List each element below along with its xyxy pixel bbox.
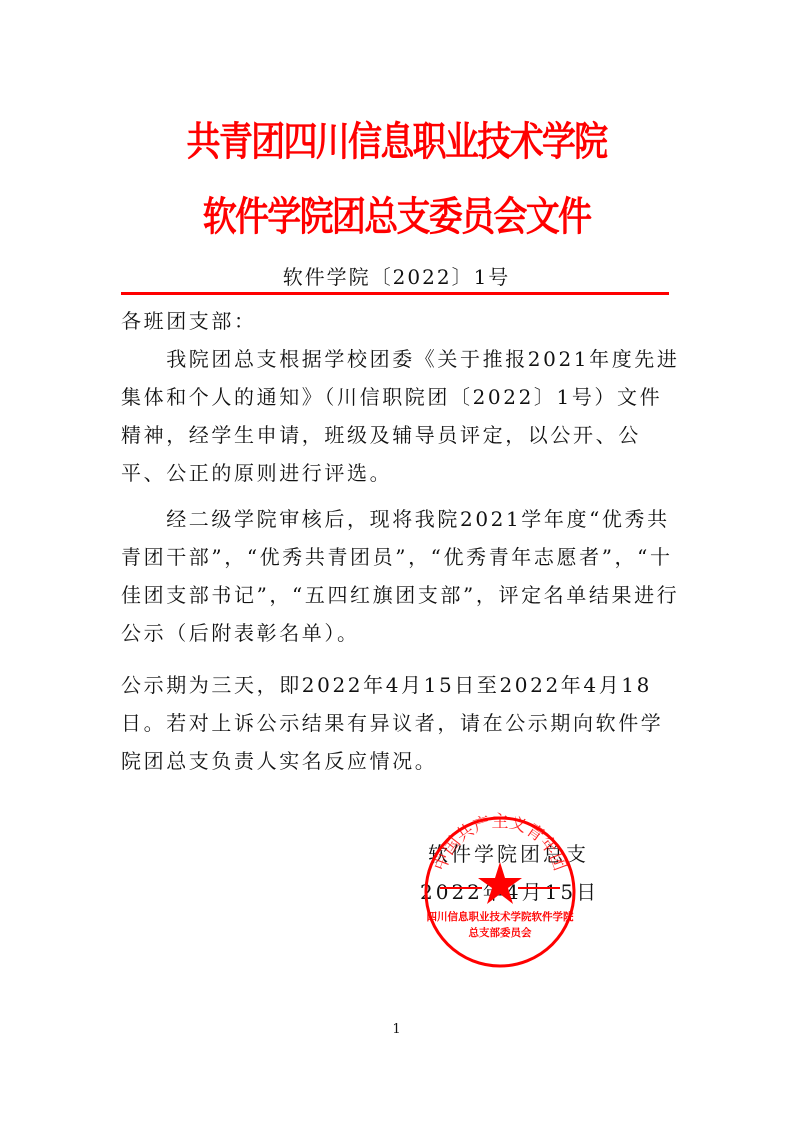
paragraph-2: 经二级学院审核后，现将我院2021学年度“优秀共青团干部”，“优秀共青团员”，“… (121, 500, 681, 652)
paragraph-1: 我院团总支根据学校团委《关于推报2021年度先进集体和个人的通知》（川信职院团〔… (121, 340, 681, 492)
header-divider (121, 292, 669, 295)
paragraph-4: 若对上诉公示结果有异议者，请在公示期向软件学院团总支负责人实名反应情况。 (121, 704, 681, 780)
official-seal-icon: 中国共产主义青年团 四川信息职业技术学院软件学院 总支部委员会 (420, 812, 580, 972)
salutation: 各班团支部： (121, 302, 681, 340)
document-number: 软件学院〔2022〕1号 (0, 261, 793, 290)
seal-line1: 四川信息职业技术学院软件学院 (427, 910, 574, 923)
seal-line2: 总支部委员会 (469, 926, 532, 939)
page-number: 1 (0, 1022, 793, 1037)
document-title-line1: 共青团四川信息职业技术学院 (59, 110, 733, 167)
document-title-line2: 软件学院团总支委员会文件 (59, 185, 733, 242)
